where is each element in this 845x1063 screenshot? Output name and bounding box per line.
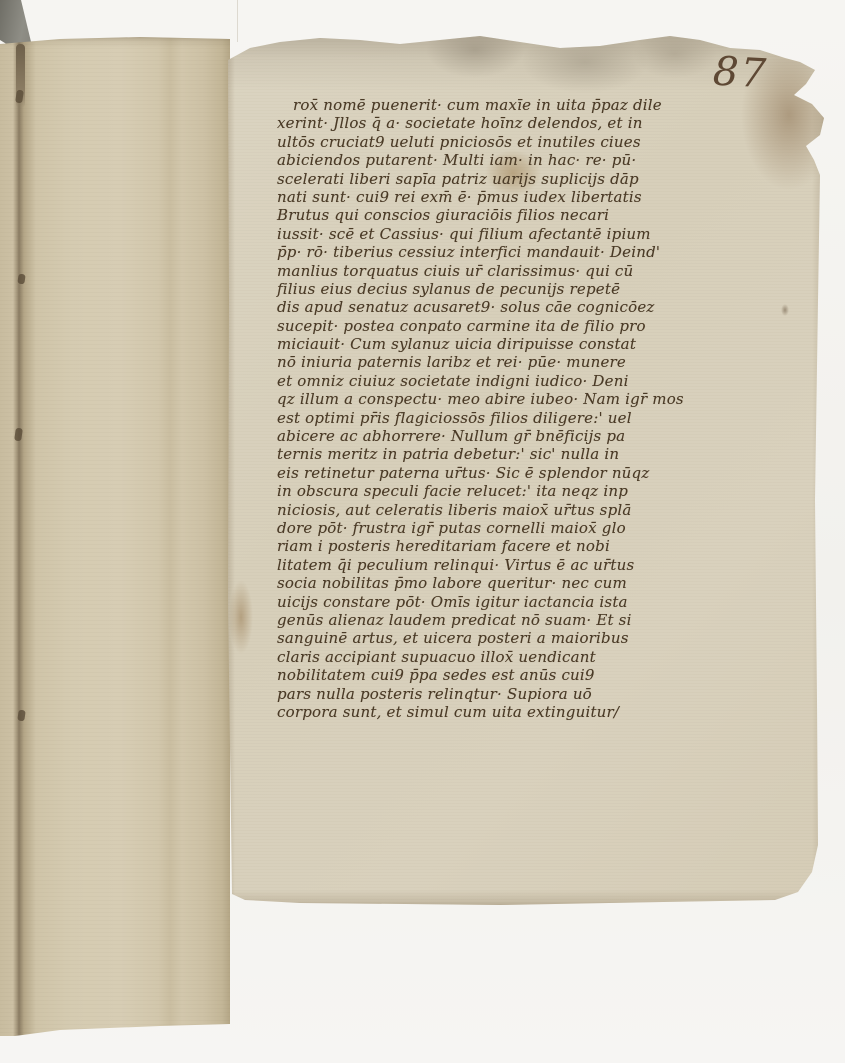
manuscript-line: litatem q̄i peculium relinqui· Virtus ē …	[277, 556, 725, 574]
manuscript-line: claris accipiant supuacuo illox̄ uendica…	[277, 648, 725, 666]
manuscript-line: miciauit· Cum sylanuz uicia diripuisse c…	[277, 335, 725, 353]
manuscript-line: xerint· Jllos q̄ a· societate hoīnz dele…	[277, 114, 725, 132]
manuscript-line: uicijs constare pōt· Omīs igitur iactanc…	[277, 593, 725, 611]
manuscript-line: Brutus qui conscios giuraciōis filios ne…	[277, 206, 725, 224]
manuscript-line: riam i posteris hereditariam facere et n…	[277, 537, 725, 555]
folio-number: 87	[712, 49, 769, 98]
text-block: rox̄ nomē puenerit· cum maxīe in uita p̄…	[277, 96, 725, 721]
ink-speck	[781, 304, 789, 316]
manuscript-line: ternis meritz in patria debetur:' sic' n…	[277, 445, 725, 463]
page-edge-stubs	[0, 36, 230, 1036]
manuscript-line: nati sunt· cui9 rei exm̄ ē· p̄mus iudex …	[277, 188, 725, 206]
manuscript-line: sanguinē artus, et uicera posteri a maio…	[277, 629, 725, 647]
manuscript-line: et omniz ciuiuz societate indigni iudico…	[277, 372, 725, 390]
sewing-thread	[17, 274, 25, 285]
manuscript-line: niciosis, aut celeratis liberis maiox̄ u…	[277, 501, 725, 519]
manuscript-line: dore pōt· frustra igr̄ putas cornelli ma…	[277, 519, 725, 537]
manuscript-photo-scene: 87 rox̄ nomē puenerit· cum maxīe in uita…	[0, 0, 845, 1063]
manuscript-line: abicere ac abhorrere· Nullum gr̄ bnēfici…	[277, 427, 725, 445]
manuscript-line: scelerati liberi sapīa patriz uarijs sup…	[277, 170, 725, 188]
manuscript-line: socia nobilitas p̄mo labore queritur· ne…	[277, 574, 725, 592]
manuscript-line: nobilitatem cui9 p̄pa sedes est anūs cui…	[277, 666, 725, 684]
manuscript-line: rox̄ nomē puenerit· cum maxīe in uita p̄…	[277, 96, 725, 114]
manuscript-line: filius eius decius sylanus de pecunijs r…	[277, 280, 725, 298]
manuscript-line: p̄p· rō· tiberius cessiuz interfici mand…	[277, 243, 725, 261]
manuscript-line: abiciendos putarent· Multi iam· in hac· …	[277, 151, 725, 169]
margin-stain	[229, 580, 253, 654]
manuscript-line: qz illum a conspectu· meo abire iubeo· N…	[277, 390, 725, 408]
manuscript-line: nō iniuria paternis laribz et rei· pūe· …	[277, 353, 725, 371]
manuscript-line: pars nulla posteris relinqtur· Supiora u…	[277, 685, 725, 703]
manuscript-line: est optimi pr̄is flagiciossōs filios dil…	[277, 409, 725, 427]
manuscript-line: genūs alienaz laudem predicat nō suam· E…	[277, 611, 725, 629]
manuscript-line: eis retinetur paterna ur̄tus· Sic ē sple…	[277, 464, 725, 482]
manuscript-line: ultōs cruciat9 ueluti pniciosōs et inuti…	[277, 133, 725, 151]
manuscript-line: sucepit· postea conpato carmine ita de f…	[277, 317, 725, 335]
manuscript-line: iussit· scē et Cassius· qui filium afect…	[277, 225, 725, 243]
manuscript-leaf: 87 rox̄ nomē puenerit· cum maxīe in uita…	[225, 32, 828, 910]
manuscript-line: corpora sunt, et simul cum uita extingui…	[277, 703, 725, 721]
backdrop-seam	[237, 0, 238, 42]
sewing-thread	[17, 710, 25, 722]
manuscript-line: in obscura speculi facie relucet:' ita n…	[277, 482, 725, 500]
manuscript-line: dis apud senatuz acusaret9· solus cāe co…	[277, 298, 725, 316]
sewing-thread	[14, 428, 23, 442]
manuscript-line: manlius torquatus ciuis ur̄ clarissimus·…	[277, 262, 725, 280]
